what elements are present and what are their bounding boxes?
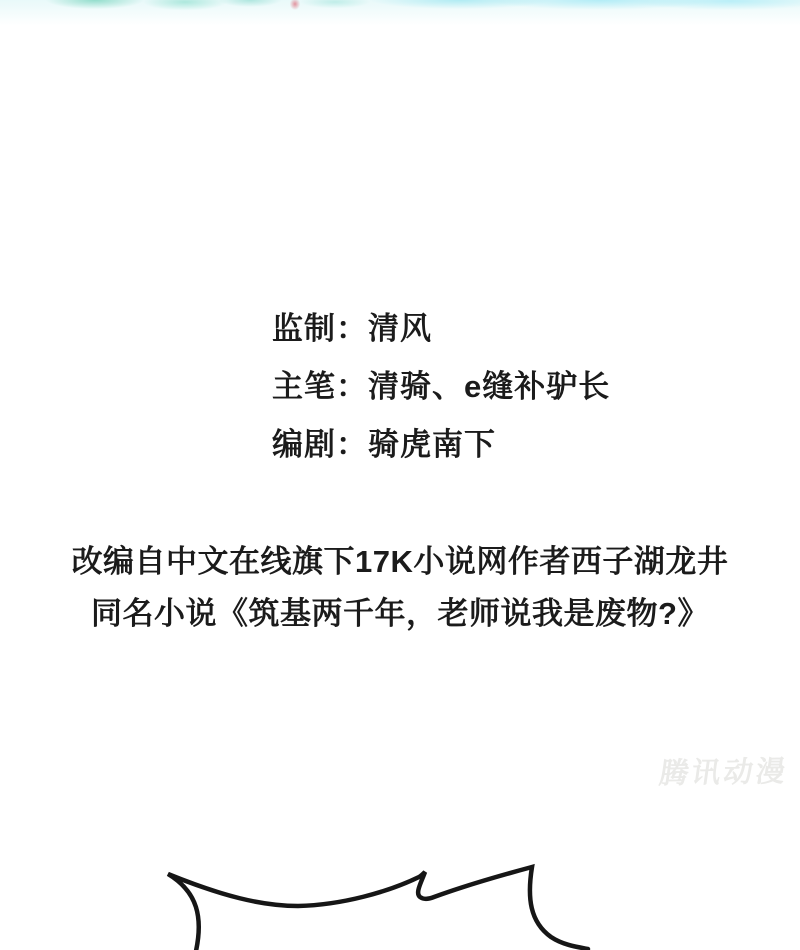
credit-line-screenwriter: 编剧：骑虎南下 — [272, 416, 610, 474]
credit-line-lead-artist: 主笔：清骑、e缝补驴长 — [272, 358, 610, 416]
adaptation-notice: 改编自中文在线旗下17K小说网作者西子湖龙井 同名小说《筑基两千年，老师说我是废… — [0, 536, 800, 640]
title-art-remnant — [0, 0, 800, 34]
adaptation-line-2: 同名小说《筑基两千年，老师说我是废物?》 — [0, 588, 800, 640]
speech-bubble-outline — [0, 0, 800, 950]
comic-page: 监制：清风 主笔：清骑、e缝补驴长 编剧：骑虎南下 改编自中文在线旗下17K小说… — [0, 0, 800, 950]
bubble-path — [168, 867, 588, 950]
tencent-comics-watermark: 腾讯动漫 — [657, 749, 791, 792]
credit-line-supervisor: 监制：清风 — [272, 300, 610, 358]
adaptation-line-1: 改编自中文在线旗下17K小说网作者西子湖龙井 — [0, 536, 800, 588]
credits-block: 监制：清风 主笔：清骑、e缝补驴长 编剧：骑虎南下 — [272, 300, 610, 474]
